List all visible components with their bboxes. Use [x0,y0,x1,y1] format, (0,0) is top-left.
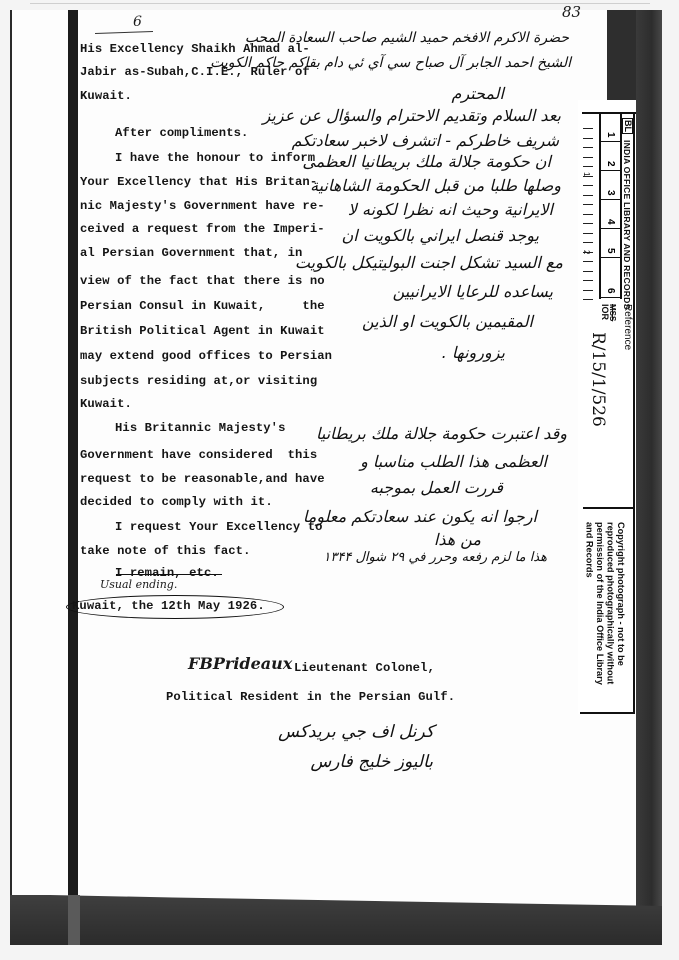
typed-line: request to be reasonable,and have [80,472,325,486]
typed-line: Persian Consul in Kuwait, the [80,299,325,313]
typed-line: may extend good offices to Persian [80,349,332,363]
arabic-line: يزورونها . [442,343,505,362]
strikethrough-mark [116,574,222,575]
typed-line: ceived a request from the Imperi- [80,222,325,236]
arabic-signature-title: باليوز خليج فارس [310,752,433,772]
typed-line: After compliments. [115,126,248,140]
number-box-6: 6 [600,258,620,298]
typed-line: subjects residing at,or visiting [80,374,317,388]
arabic-line: بعد السلام وتقديم الاحترام والسؤال عن عز… [263,106,561,125]
typed-line: British Political Agent in Kuwait [80,324,325,338]
card-bottom-line [580,712,635,714]
scan-edge [30,3,650,4]
ruler-tick [583,166,593,167]
ruler-tick [583,280,593,281]
signature: FBPrideaux [188,654,292,673]
ruler-tick [583,204,593,205]
arabic-line: الايرانية وحيث انه نظرا لكونه لا [348,200,553,219]
ruler-tick [583,128,593,129]
left-edge-line [10,10,12,900]
arabic-line: المقيمين بالكويت او الذين [362,312,533,331]
date-circle-mark [66,595,284,619]
ruler-tick [583,138,593,139]
typed-line: decided to comply with it. [80,495,273,509]
ruler-tick [583,299,593,300]
binding-margin-strip [68,10,78,900]
arabic-line: وقد اعتبرت حكومة جلالة ملك بريطانيا [316,424,567,443]
ruler-tick [583,242,593,243]
arabic-line: العظمى هذا الطلب مناسبا و [360,452,547,471]
arabic-line: وصلها طلبا من قبل الحكومة الشاهانية [310,176,561,195]
typed-line: nic Majesty's Government have re- [80,199,325,213]
reference-number: R/15/1/526 [588,332,608,427]
ruler-label-1: 1 [582,172,591,176]
number-box-2: 2 [600,142,620,171]
ruler-tick [583,195,593,196]
bl-logo: BL [622,118,633,134]
arabic-line: ارجوا انه يكون عند سعادتكم معلوما [303,507,537,526]
arabic-line: الشيخ احمد الجابر آل صباح سي آي ئي دام ب… [210,55,571,71]
arabic-line: المحترم [452,84,504,103]
signatory-rank: Lieutenant Colonel, [294,661,435,675]
typed-line: His Britannic Majesty's [115,421,286,435]
ruler-tick [583,147,593,148]
binding-strip-bottom [68,895,80,945]
arabic-line: شريف خاطركم - اتشرف لاخبر سعادتكم [292,131,559,150]
arabic-line: يوجد قنصل ايراني بالكويت ان [342,226,539,245]
number-box-4: 4 [600,200,620,229]
reference-card: 1 2 3 4 5 6 1 2 BL INDIA OFFICE LIBRARY … [578,100,636,714]
typed-line: Your Excellency that His Britan- [80,175,317,189]
number-box-1: 1 [600,113,620,142]
signatory-title: Political Resident in the Persian Gulf. [166,690,455,704]
typed-line: Kuwait. [80,89,132,103]
folio-number: 83 [562,3,581,21]
number-box-3: 3 [600,171,620,200]
arabic-line: ان حكومة جلالة ملك بريطانيا العظمى [302,152,551,171]
typed-line: view of the fact that there is no [80,274,325,288]
number-box-5: 5 [600,229,620,258]
ruler-tick [583,290,593,291]
arabic-line: من هذا [434,530,481,549]
arabic-line: يساعده للرعايا الايرانيين [393,282,553,301]
ruler-tick [583,233,593,234]
typed-line: take note of this fact. [80,544,251,558]
ruler-tick [583,261,593,262]
ruler-tick [583,214,593,215]
ruler-tick [583,223,593,224]
ruler-label-2: 2 [582,250,591,254]
arabic-line: مع السيد تشكل اجنت البوليتيكل بالكويت [295,253,563,272]
typed-line: al Persian Government that, in [80,246,302,260]
typed-line: Kuwait. [80,397,132,411]
card-right-border [633,112,635,713]
item-number: 6 [133,14,142,30]
ruler-tick [583,185,593,186]
reference-label: Reference [622,304,633,350]
copyright-notice: Copyright photograph - not to be reprodu… [584,522,626,685]
ruler-tick [583,271,593,272]
arabic-signature-name: كرنل اف جي بريدكس [278,722,434,742]
series-label: IOR [600,304,610,320]
typed-line: I request Your Excellency to [115,520,323,534]
arabic-line: قررت العمل بموجبه [370,478,503,497]
institution-name: INDIA OFFICE LIBRARY AND RECORDS [622,140,632,310]
typed-line: Government have considered this [80,448,317,462]
ruler-tick [583,157,593,158]
arabic-line: حضرة الاكرم الافخم حميد الشيم صاحب السعا… [245,30,569,46]
typed-line: I have the honour to inform [115,151,315,165]
card-divider [583,507,633,509]
scan-border-right [636,10,662,945]
arabic-line: هذا ما لزم رفعه وحرر في ۲۹ شوال ۱۳۴۴ [323,550,547,565]
handwritten-annotation: Usual ending. [100,578,177,591]
